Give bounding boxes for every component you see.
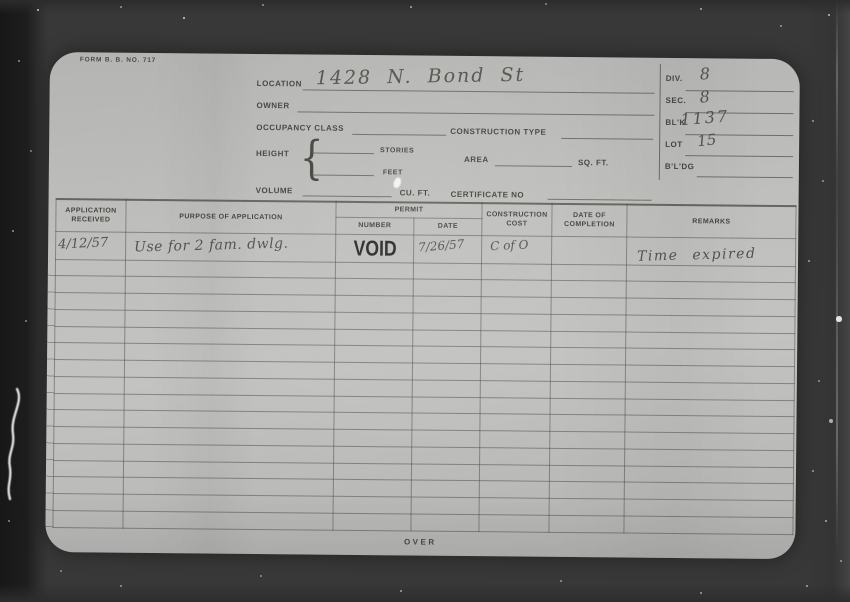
cell-remarks bbox=[625, 449, 794, 467]
cell-purpose bbox=[123, 494, 333, 513]
cell-date-of-completion bbox=[550, 364, 625, 381]
cell-application-received bbox=[55, 309, 125, 326]
cell-permit-number bbox=[333, 463, 411, 480]
bldg-label: B'L'DG bbox=[665, 162, 695, 171]
construction-type-label: CONSTRUCTION TYPE bbox=[450, 127, 546, 137]
cell-construction-cost bbox=[480, 447, 550, 464]
header-permit: PERMIT bbox=[336, 202, 482, 218]
cell-permit-date bbox=[413, 346, 481, 363]
cell-remarks bbox=[624, 499, 793, 517]
cell-remarks bbox=[626, 348, 795, 366]
cell-permit-date bbox=[413, 262, 481, 279]
cell-date-of-completion bbox=[549, 482, 624, 499]
cell-application-received bbox=[55, 276, 125, 293]
cell-application-received bbox=[55, 293, 125, 310]
film-edge-left bbox=[0, 0, 48, 602]
cell-remarks bbox=[626, 332, 795, 350]
owner-line bbox=[297, 111, 654, 115]
cell-date-of-completion bbox=[550, 448, 625, 465]
div-value: 8 bbox=[699, 64, 710, 84]
cell-construction-cost bbox=[481, 263, 551, 280]
header-permit-number: NUMBER bbox=[336, 217, 414, 235]
cell-date-of-completion bbox=[550, 398, 625, 415]
construction-type-line bbox=[561, 138, 653, 140]
cell-remarks bbox=[625, 399, 794, 417]
area-line bbox=[495, 165, 572, 167]
cell-date-of-completion bbox=[551, 264, 626, 281]
cell-permit-date bbox=[413, 296, 481, 313]
parcel-box-border bbox=[659, 64, 661, 180]
cell-application-received bbox=[54, 376, 124, 393]
cell-permit-number bbox=[335, 262, 413, 279]
cell-construction-cost bbox=[479, 514, 549, 531]
cell-construction-cost bbox=[479, 481, 549, 498]
cell-date-of-completion bbox=[549, 465, 624, 482]
cell-permit-date bbox=[412, 396, 480, 413]
cell-remarks bbox=[625, 432, 794, 450]
cell-purpose bbox=[125, 260, 335, 279]
bldg-line bbox=[697, 176, 793, 178]
cell-date-of-completion bbox=[550, 431, 625, 448]
cell-remarks bbox=[626, 265, 795, 283]
area-label: AREA bbox=[464, 155, 489, 164]
cell-permit-date bbox=[413, 279, 481, 296]
permit-table: APPLICATION RECEIVED PURPOSE OF APPLICAT… bbox=[52, 198, 796, 535]
cell-permit-number bbox=[333, 496, 411, 513]
header-remarks: REMARKS bbox=[627, 205, 796, 239]
cell-construction-cost bbox=[481, 313, 551, 330]
cell-permit-date bbox=[413, 329, 481, 346]
cell-permit-date bbox=[411, 514, 479, 531]
cell-date-of-completion bbox=[549, 498, 624, 515]
cell-remarks bbox=[624, 466, 793, 484]
cell-remarks: Time expired bbox=[627, 237, 796, 267]
sqft-label: SQ. FT. bbox=[578, 158, 609, 167]
cell-application-received bbox=[55, 343, 125, 360]
cell-permit-date: 7/26/57 bbox=[413, 235, 481, 264]
header-permit-date: DATE bbox=[414, 218, 482, 236]
cell-date-of-completion bbox=[551, 281, 626, 298]
purpose-handwriting: Use for 2 fam. dwlg. bbox=[134, 235, 289, 255]
cell-permit-number bbox=[334, 362, 412, 379]
cell-application-received: 4/12/57 bbox=[56, 231, 126, 260]
cell-permit-number bbox=[335, 312, 413, 329]
cell-purpose bbox=[125, 343, 335, 362]
header-date-of-completion: DATE OF COMPLETION bbox=[552, 204, 627, 237]
cell-remarks bbox=[626, 281, 795, 299]
location-value: 1428 N. Bond St bbox=[316, 64, 526, 89]
cell-purpose bbox=[125, 327, 335, 346]
sec-label: SEC. bbox=[666, 96, 687, 105]
cell-permit-number bbox=[335, 329, 413, 346]
film-edge-right bbox=[804, 0, 850, 602]
form-number: FORM B. B. NO. 717 bbox=[80, 56, 156, 64]
cell-application-received bbox=[54, 443, 124, 460]
lot-label: LOT bbox=[665, 140, 683, 149]
cell-remarks bbox=[624, 516, 793, 534]
lot-line bbox=[685, 155, 793, 157]
remarks-handwriting: Time expired bbox=[637, 245, 757, 264]
film-dust-specks bbox=[0, 0, 2, 2]
cell-purpose bbox=[124, 444, 334, 463]
cell-construction-cost bbox=[481, 347, 551, 364]
cell-permit-date bbox=[412, 380, 480, 397]
over-label: OVER bbox=[45, 534, 795, 550]
cell-application-received bbox=[54, 360, 124, 377]
sec-value: 8 bbox=[699, 87, 711, 107]
cell-date-of-completion bbox=[551, 331, 626, 348]
certificate-line bbox=[548, 199, 652, 201]
cell-permit-number bbox=[334, 412, 412, 429]
cell-purpose bbox=[125, 293, 335, 312]
cell-application-received bbox=[54, 393, 124, 410]
cell-construction-cost bbox=[481, 297, 551, 314]
cell-purpose bbox=[125, 276, 335, 295]
cell-remarks bbox=[626, 315, 795, 333]
certificate-label: CERTIFICATE NO bbox=[451, 190, 525, 200]
cell-construction-cost bbox=[480, 380, 550, 397]
volume-label: VOLUME bbox=[256, 186, 293, 195]
location-label: LOCATION bbox=[257, 79, 302, 88]
cell-purpose: Use for 2 fam. dwlg. bbox=[126, 232, 336, 262]
film-blemish-on-card bbox=[392, 177, 402, 190]
cell-construction-cost: C of O bbox=[482, 235, 552, 264]
cell-permit-number bbox=[334, 396, 412, 413]
cell-date-of-completion bbox=[551, 314, 626, 331]
film-hair-artifact bbox=[2, 386, 28, 502]
cell-remarks bbox=[626, 298, 795, 316]
cell-remarks bbox=[625, 415, 794, 433]
cell-date-of-completion bbox=[549, 515, 624, 532]
cell-date-of-completion bbox=[551, 348, 626, 365]
stories-label: STORIES bbox=[380, 147, 414, 154]
cell-permit-number bbox=[334, 379, 412, 396]
cell-construction-cost bbox=[479, 498, 549, 515]
cell-permit-date bbox=[412, 363, 480, 380]
cell-permit-number bbox=[334, 446, 412, 463]
volume-line bbox=[303, 195, 392, 197]
location-line bbox=[303, 89, 655, 93]
cell-construction-cost bbox=[480, 364, 550, 381]
cell-application-received bbox=[55, 259, 125, 276]
void-stamp: VOID bbox=[353, 236, 396, 261]
cell-permit-date bbox=[413, 313, 481, 330]
header-application-received: APPLICATION RECEIVED bbox=[56, 199, 126, 232]
film-scratch-streak bbox=[836, 0, 838, 602]
cell-date-of-completion bbox=[552, 236, 627, 265]
cell-application-received bbox=[53, 460, 123, 477]
cell-construction-cost bbox=[480, 397, 550, 414]
cell-construction-cost bbox=[481, 280, 551, 297]
cell-permit-date bbox=[412, 447, 480, 464]
blk-value: 1137 bbox=[680, 106, 730, 129]
cell-date-of-completion bbox=[551, 297, 626, 314]
cell-purpose bbox=[123, 511, 333, 530]
owner-label: OWNER bbox=[256, 101, 289, 110]
cell-purpose bbox=[124, 410, 334, 429]
cost-handwriting: C of O bbox=[490, 237, 529, 253]
permit-table-body: 4/12/57 Use for 2 fam. dwlg. VOID 7/26/5… bbox=[53, 231, 796, 534]
cell-permit-date bbox=[411, 463, 479, 480]
cell-purpose bbox=[125, 310, 335, 329]
cell-purpose bbox=[124, 377, 334, 396]
cell-construction-cost bbox=[480, 414, 550, 431]
cell-permit-date bbox=[411, 480, 479, 497]
cell-remarks bbox=[625, 365, 794, 383]
cell-permit-number bbox=[335, 278, 413, 295]
cell-permit-number bbox=[335, 295, 413, 312]
cell-application-received bbox=[53, 510, 123, 527]
cell-permit-date bbox=[411, 497, 479, 514]
feet-label: FEET bbox=[383, 169, 403, 176]
cell-purpose bbox=[124, 360, 334, 379]
cell-permit-number bbox=[333, 513, 411, 530]
cell-construction-cost bbox=[481, 330, 551, 347]
lot-value: 15 bbox=[696, 130, 717, 150]
cell-construction-cost bbox=[479, 464, 549, 481]
cell-permit-date bbox=[412, 413, 480, 430]
cell-remarks bbox=[624, 482, 793, 500]
film-edge-bottom bbox=[0, 584, 850, 602]
cell-permit-number bbox=[335, 345, 413, 362]
div-label: DIV. bbox=[666, 74, 683, 83]
cell-application-received bbox=[54, 427, 124, 444]
cell-permit-date bbox=[412, 430, 480, 447]
cuft-label: CU. FT. bbox=[400, 188, 431, 197]
occupancy-line bbox=[352, 134, 446, 136]
permit-card: FORM B. B. NO. 717 LOCATION 1428 N. Bond… bbox=[45, 52, 800, 559]
cell-permit-number bbox=[333, 479, 411, 496]
cell-construction-cost bbox=[480, 431, 550, 448]
cell-purpose bbox=[123, 461, 333, 480]
cell-application-received bbox=[53, 494, 123, 511]
film-edge-top bbox=[0, 0, 850, 14]
cell-application-received bbox=[54, 410, 124, 427]
cell-purpose bbox=[123, 477, 333, 496]
cell-date-of-completion bbox=[550, 381, 625, 398]
cell-permit-number: VOID bbox=[335, 234, 413, 263]
cell-remarks bbox=[625, 382, 794, 400]
cell-application-received bbox=[55, 326, 125, 343]
cell-purpose bbox=[124, 394, 334, 413]
cell-application-received bbox=[53, 477, 123, 494]
header-construction-cost: CONSTRUCTION COST bbox=[482, 203, 552, 236]
cell-permit-number bbox=[334, 429, 412, 446]
cell-purpose bbox=[124, 427, 334, 446]
header-purpose: PURPOSE OF APPLICATION bbox=[126, 200, 336, 234]
cell-date-of-completion bbox=[550, 415, 625, 432]
height-label: HEIGHT bbox=[256, 149, 289, 158]
permit-date-handwriting: 7/26/57 bbox=[418, 236, 465, 254]
received-date-handwriting: 4/12/57 bbox=[58, 235, 109, 252]
